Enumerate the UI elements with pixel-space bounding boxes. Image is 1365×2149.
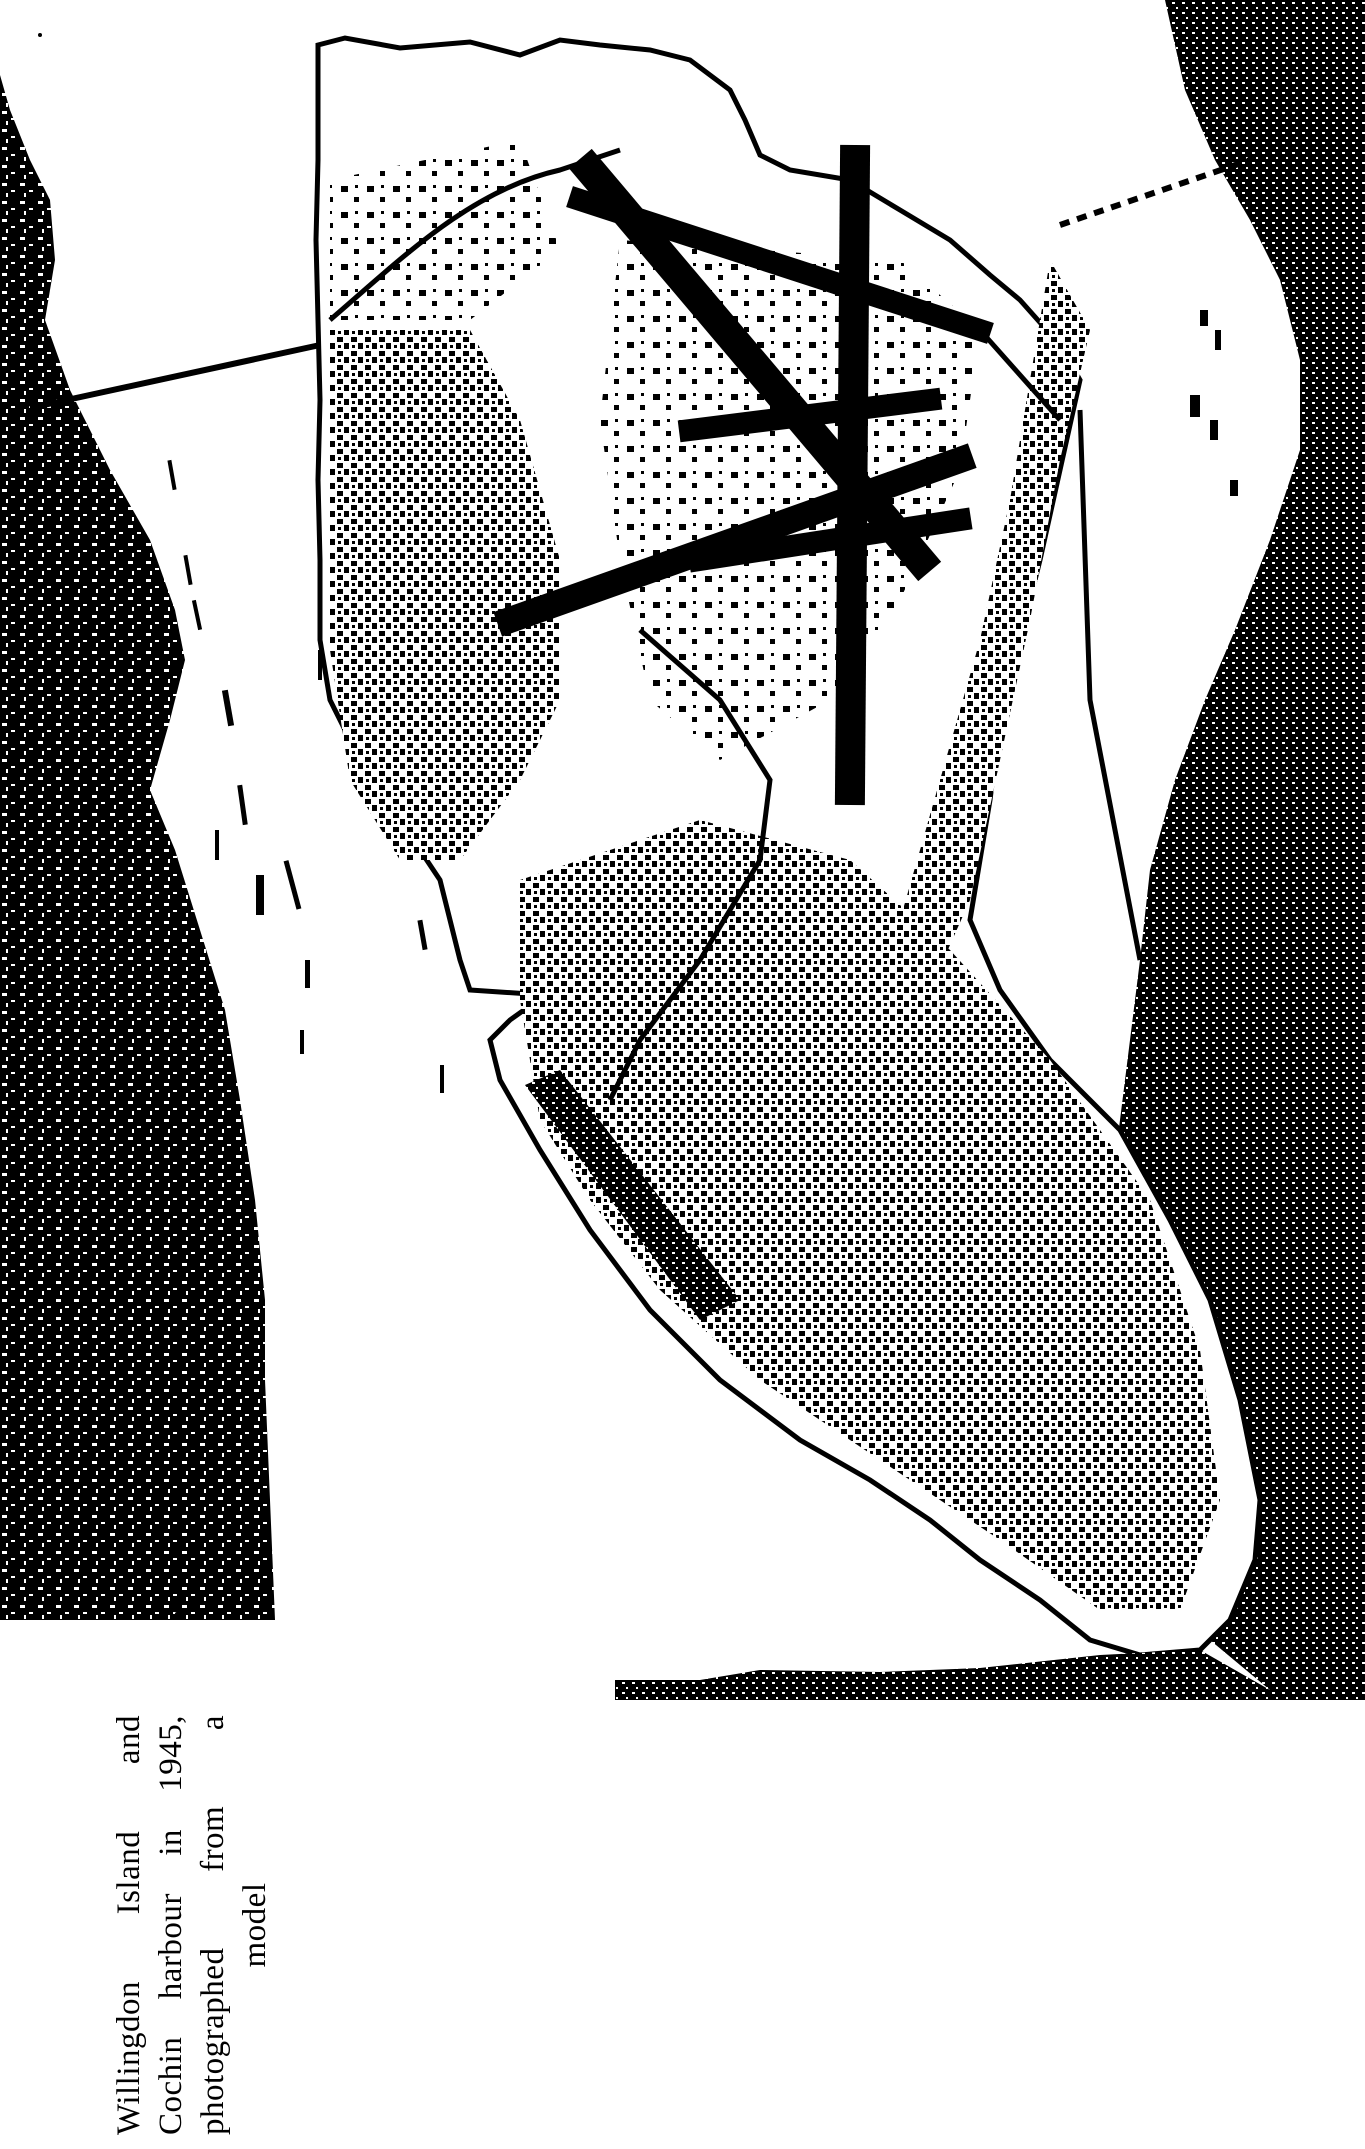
caption-line: Cochin harbour in 1945, <box>150 1715 192 2135</box>
caption-line: photographed from a <box>192 1715 234 2135</box>
west-shore <box>0 75 275 1620</box>
figure-caption: Willingdon Island and Cochin harbour in … <box>108 1715 276 2135</box>
caption-line: Willingdon Island and <box>108 1715 150 2135</box>
dust-speck <box>38 33 42 37</box>
photo-svg <box>0 0 1365 1700</box>
caption-line: model <box>234 1715 276 2135</box>
dust-speck <box>175 1612 179 1616</box>
harbour-model-photograph <box>0 0 1365 1700</box>
